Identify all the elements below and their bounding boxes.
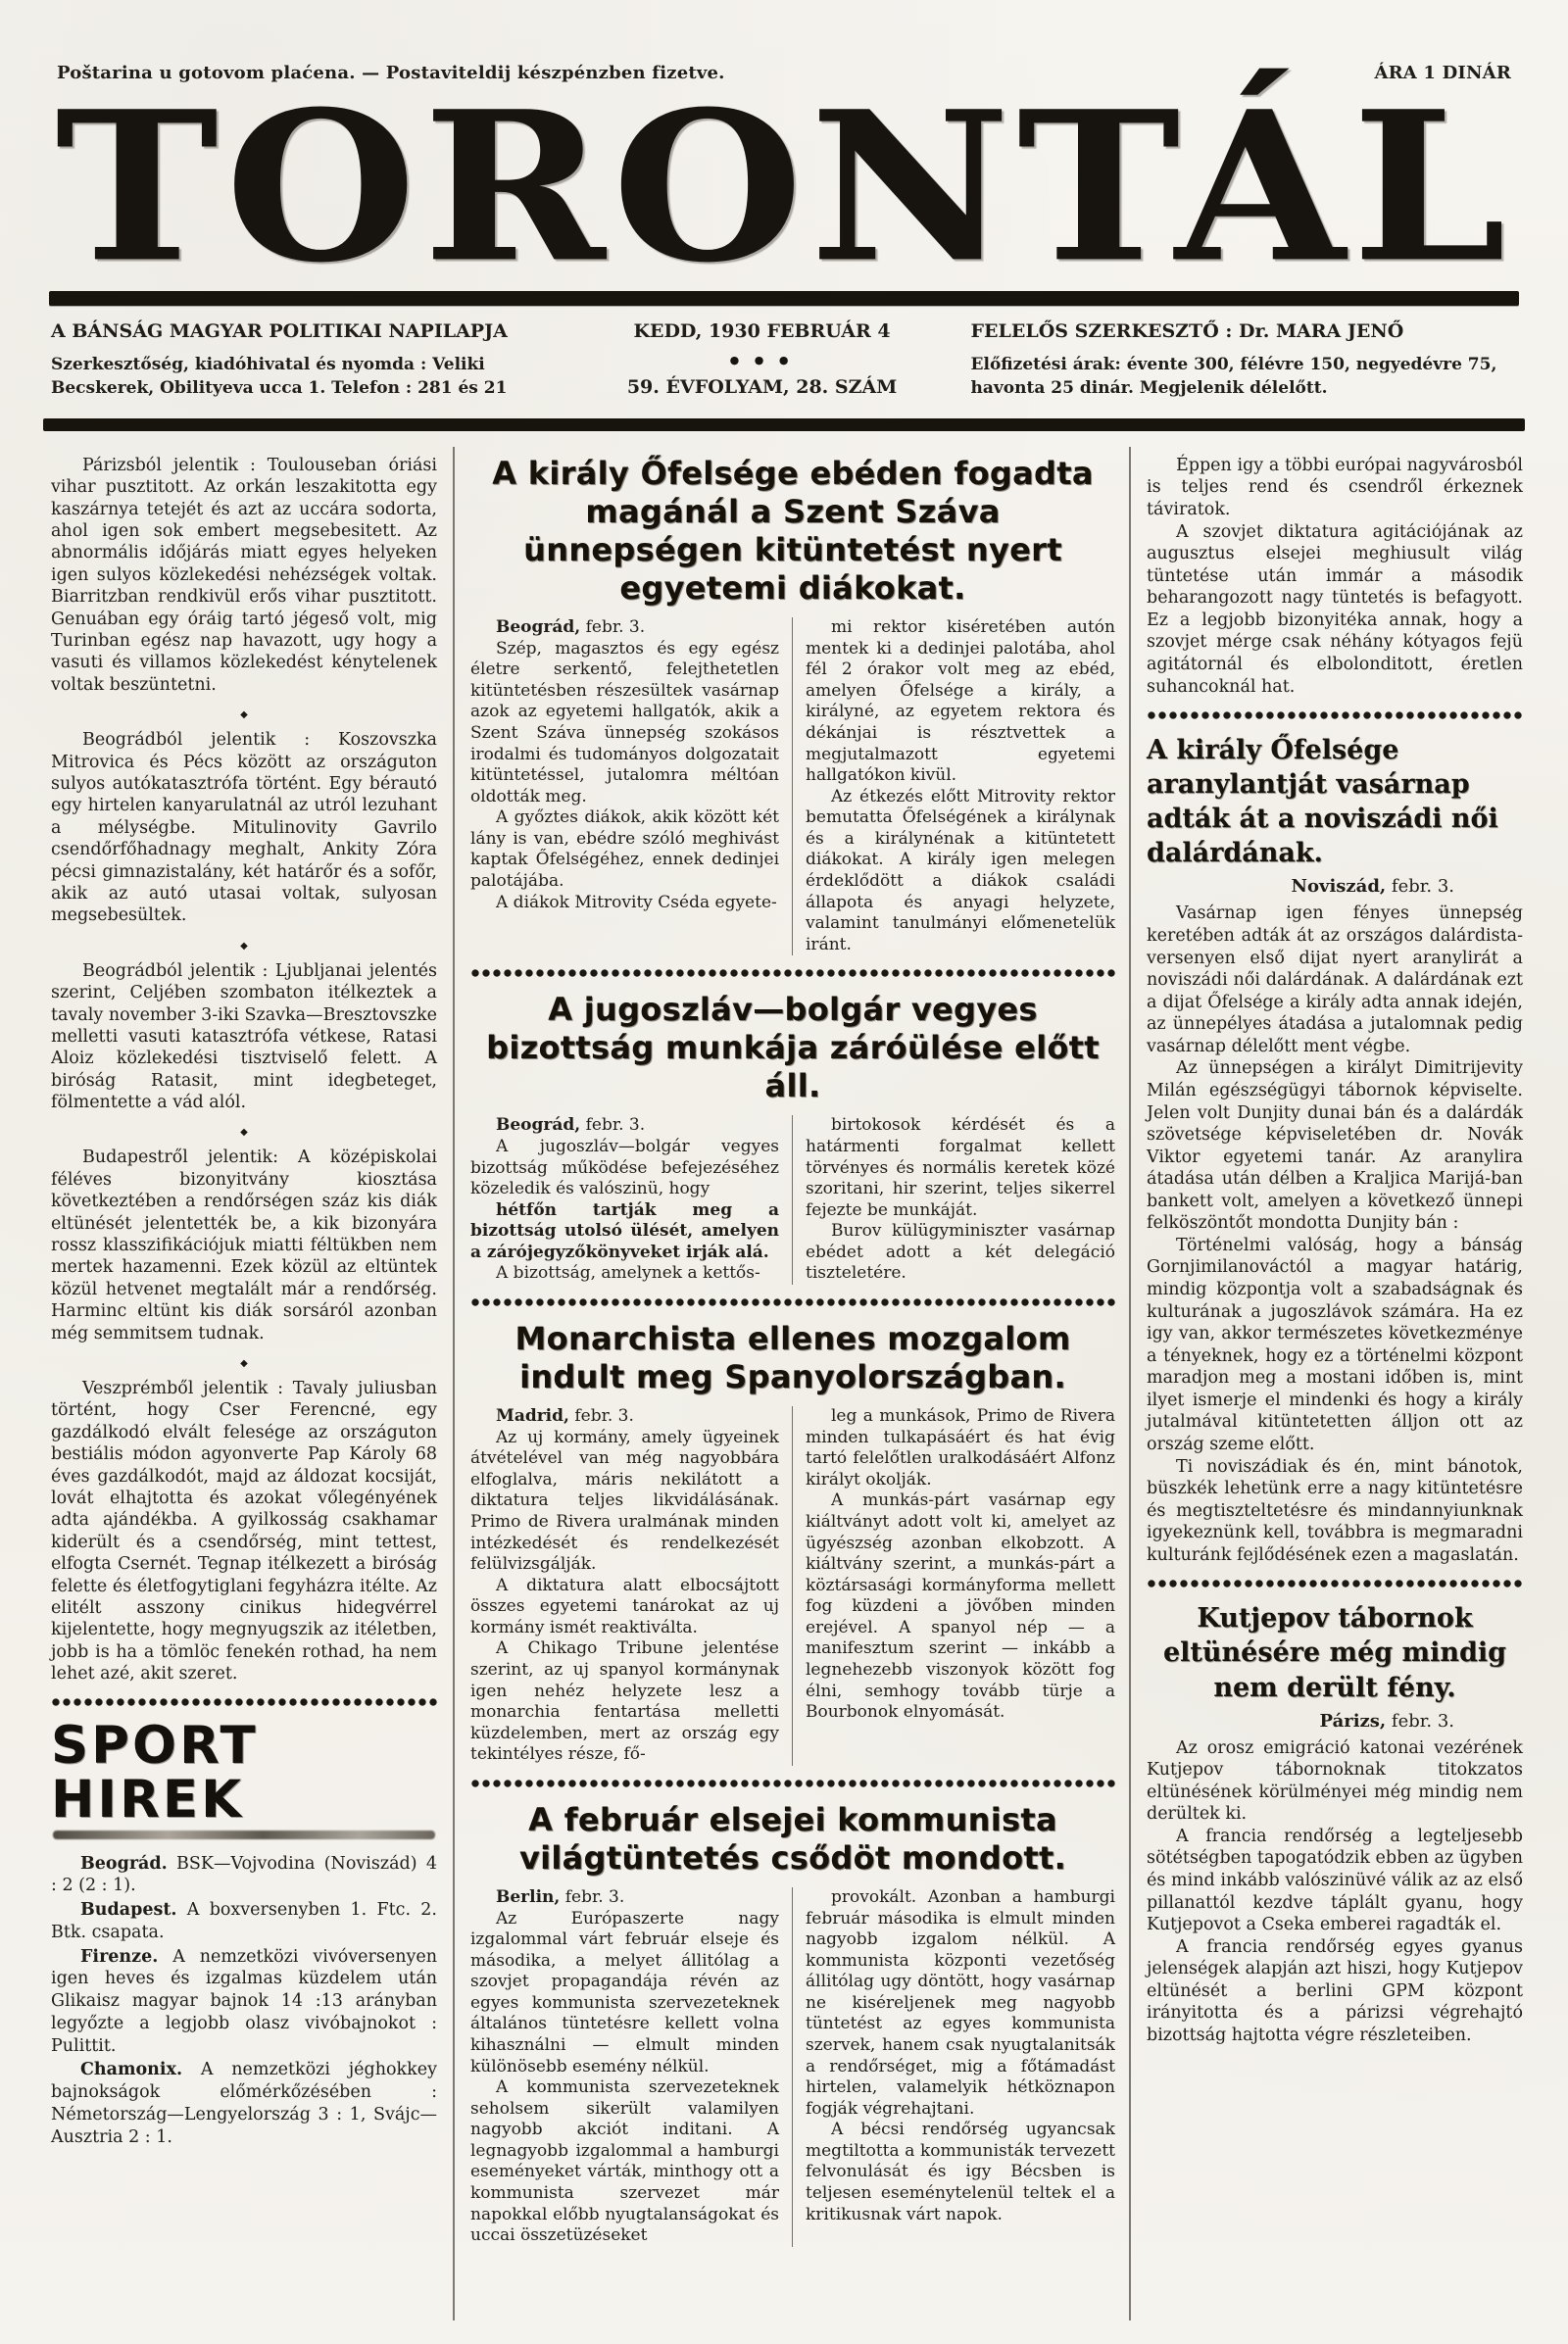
left-column: Párizsból jelentik : Toulouseban óriási …: [43, 447, 455, 2320]
star-separator: [51, 705, 437, 720]
article-paragraph: Az Európaszerte nagy izgalommal várt feb…: [470, 1909, 779, 2078]
article-spain-antimonarchist: Monarchista ellenes mozgalom indult meg …: [470, 1320, 1115, 1766]
article-paragraph: A francia rendőrség a legteljesebb sötét…: [1147, 1826, 1523, 1936]
article-paragraph: birtokosok kérdését és a határmenti forg…: [806, 1115, 1115, 1221]
editor-line: FELELŐS SZERKESZTŐ : Dr. MARA JENŐ: [971, 319, 1517, 345]
dateline-date: febr. 3.: [580, 1115, 645, 1135]
article-paragraph: A munkás-párt vasárnap egy kiáltványt ad…: [806, 1490, 1115, 1723]
dateline-city: Beográd,: [496, 1115, 580, 1135]
article-paragraph: Történelmi valóság, hogy a bánság Gornji…: [1147, 1235, 1523, 1456]
right-column: Éppen igy a többi európai nagyvárosból i…: [1131, 447, 1525, 2320]
dateline-date: febr. 3.: [580, 617, 645, 637]
article-headline: Monarchista ellenes mozgalom indult meg …: [474, 1320, 1111, 1396]
news-brief: Veszprémből jelentik : Tavaly juliusban …: [51, 1378, 437, 1685]
article-paragraph: A francia rendőrség egyes gyanus jelensé…: [1147, 1936, 1523, 2047]
article-subcolumn-right: provokált. Azonban a hamburgi február má…: [793, 1887, 1115, 2247]
dateline: Noviszád, febr. 3.: [1147, 876, 1523, 897]
diamond-divider: [470, 968, 1115, 978]
article-paragraph: Vasárnap igen fényes ünnepség keretében …: [1147, 903, 1523, 1057]
sport-item-city: Beográd.: [80, 1854, 168, 1874]
publisher-info: A BÁNSÁG MAGYAR POLITIKAI NAPILAPJA Szer…: [51, 319, 579, 401]
article-body: Madrid, febr. 3. Az uj kormány, amely üg…: [470, 1406, 1115, 1766]
lead-paragraph: Éppen igy a többi európai nagyvárosból i…: [1147, 455, 1523, 521]
header-rule: [43, 418, 1525, 431]
article-yugoslav-bulgarian-committee: A jugoszláv—bolgár vegyes bizottság munk…: [470, 991, 1115, 1285]
star-separator: [51, 936, 437, 952]
dateline-city: Noviszád,: [1292, 876, 1387, 897]
article-kutyepov-disappearance: Kutjepov tábornok eltünésére még mindig …: [1147, 1601, 1523, 2046]
editor-info: FELELŐS SZERKESZTŐ : Dr. MARA JENŐ Előfi…: [946, 319, 1517, 401]
sport-item-city: Firenze.: [80, 1947, 158, 1967]
article-paragraph: Ti noviszádiak és én, mint bánotok, büsz…: [1147, 1456, 1523, 1567]
article-paragraph: Burov külügyminiszter vasárnap ebédet ad…: [806, 1221, 1115, 1285]
dateline: Beográd, febr. 3.: [470, 617, 779, 639]
diamond-divider: [1147, 710, 1523, 720]
article-headline: A király Őfelsége ebéden fogadta magánál…: [474, 455, 1111, 608]
diamond-divider: [1147, 1579, 1523, 1588]
dateline: Beográd, febr. 3.: [470, 1115, 779, 1137]
article-paragraph: Az étkezés előtt Mitrovity rektor bemuta…: [806, 787, 1115, 956]
article-subcolumn-left: Berlin, febr. 3. Az Európaszerte nagy iz…: [470, 1887, 793, 2247]
dateline: Berlin, febr. 3.: [470, 1887, 779, 1909]
issue-date: KEDD, 1930 FEBRUÁR 4: [579, 319, 946, 345]
article-body: Beográd, febr. 3. A jugoszláv—bolgár veg…: [470, 1115, 1115, 1285]
issue-number: 59. ÉVFOLYAM, 28. SZÁM: [579, 375, 946, 401]
sport-section-heading: SPORT HIREK: [51, 1720, 437, 1826]
dateline-date: febr. 3.: [1386, 876, 1454, 897]
article-paragraph: A diktatura alatt elbocsájtott összes eg…: [470, 1576, 779, 1639]
issue-info: KEDD, 1930 FEBRUÁR 4 ● ● ● 59. ÉVFOLYAM,…: [579, 319, 946, 401]
news-brief: Beográdból jelentik : Ljubljanai jelenté…: [51, 960, 437, 1114]
star-separator: [51, 1353, 437, 1369]
article-golden-lyre: A király Őfelsége aranylantját vasárnap …: [1147, 733, 1523, 1566]
sport-item: Budapest. A boxversenyben 1. Ftc. 2. Btk…: [51, 1899, 437, 1944]
article-paragraph: Az ünnepségen a királyt Dimitrijevity Mi…: [1147, 1057, 1523, 1235]
sport-item: Beográd. BSK—Vojvodina (Noviszád) 4 : 2 …: [51, 1853, 437, 1898]
article-paragraph: A bizottság, amelynek a kettős-: [470, 1263, 779, 1285]
star-separator: [51, 1122, 437, 1138]
sport-item: Chamonix. A nemzetközi jéghokkey bajnoks…: [51, 2059, 437, 2148]
article-king-reception: A király Őfelsége ebéden fogadta magánál…: [470, 455, 1115, 955]
article-subcolumn-right: leg a munkások, Primo de Rivera minden t…: [793, 1406, 1115, 1766]
news-brief: Beográdból jelentik : Koszovszka Mitrovi…: [51, 729, 437, 927]
article-subcolumn-left: Madrid, febr. 3. Az uj kormány, amely üg…: [470, 1406, 793, 1766]
article-paragraph: A bécsi rendőrség ugyancsak megtiltotta …: [806, 2120, 1115, 2225]
news-brief: Párizsból jelentik : Toulouseban óriási …: [51, 455, 437, 696]
article-headline: A február elsejei kommunista világtüntet…: [474, 1801, 1111, 1878]
article-subcolumn-right: birtokosok kérdését és a határmenti forg…: [793, 1115, 1115, 1285]
article-subcolumn-left: Beográd, febr. 3. A jugoszláv—bolgár veg…: [470, 1115, 793, 1285]
body-columns: Párizsból jelentik : Toulouseban óriási …: [43, 447, 1525, 2320]
dateline-date: febr. 3.: [569, 1406, 634, 1426]
dateline: Párizs, febr. 3.: [1147, 1711, 1523, 1732]
masthead-title: TORONTÁL: [0, 93, 1568, 282]
dateline: Madrid, febr. 3.: [470, 1406, 779, 1428]
lead-paragraph: A szovjet diktatura agitációjának az aug…: [1147, 521, 1523, 699]
publisher-address: Szerkesztőség, kiadóhivatal és nyomda : …: [51, 353, 556, 401]
diamond-divider: [470, 1779, 1115, 1788]
article-paragraph: provokált. Azonban a hamburgi február má…: [806, 1887, 1115, 2120]
dateline-date: febr. 3.: [560, 1887, 624, 1907]
article-paragraph: A diákok Mitrovity Cséda egyete-: [470, 893, 779, 914]
article-body: Beográd, febr. 3. Szép, magasztos és egy…: [470, 617, 1115, 955]
sport-heading-underline: [53, 1831, 435, 1839]
diamond-divider: [51, 1697, 437, 1707]
article-subcolumn-left: Beográd, febr. 3. Szép, magasztos és egy…: [470, 617, 793, 955]
sport-item-city: Chamonix.: [80, 2060, 182, 2079]
news-brief: Budapestről jelentik: A középiskolai fél…: [51, 1147, 437, 1344]
article-paragraph: leg a munkások, Primo de Rivera minden t…: [806, 1406, 1115, 1490]
ornament-dots: ● ● ●: [579, 354, 946, 366]
article-paragraph: A győztes diákok, akik között két lány i…: [470, 807, 779, 892]
article-body: Berlin, febr. 3. Az Európaszerte nagy iz…: [470, 1887, 1115, 2247]
article-headline: A jugoszláv—bolgár vegyes bizottság munk…: [474, 991, 1111, 1105]
article-headline: A király Őfelsége aranylantját vasárnap …: [1147, 733, 1523, 870]
article-headline: Kutjepov tábornok eltünésére még mindig …: [1147, 1601, 1523, 1704]
article-paragraph: Az uj kormány, amely ügyeinek átvételéve…: [470, 1428, 779, 1576]
article-paragraph-bold: hétfőn tartják meg a bizottság utolsó ül…: [470, 1200, 779, 1264]
dateline-city: Madrid,: [496, 1406, 569, 1426]
article-paragraph: mi rektor kiséretében autón mentek ki a …: [806, 617, 1115, 787]
middle-column: A király Őfelsége ebéden fogadta magánál…: [455, 447, 1131, 2320]
article-paragraph: A Chikago Tribune jelentése szerint, az …: [470, 1638, 779, 1765]
newspaper-page: Poštarina u gotovom plaćena. — Postavite…: [0, 0, 1568, 2344]
sport-item-city: Budapest.: [80, 1900, 177, 1920]
dateline-city: Beográd,: [496, 617, 580, 637]
article-paragraph: Szép, magasztos és egy egész életre serk…: [470, 639, 779, 808]
article-paragraph: A kommunista szervezeteknek seholsem sik…: [470, 2077, 779, 2247]
publication-info-row: A BÁNSÁG MAGYAR POLITIKAI NAPILAPJA Szer…: [43, 306, 1525, 409]
subscription-line: Előfizetési árak: évente 300, félévre 15…: [971, 353, 1517, 401]
sport-item: Firenze. A nemzetközi vivóversenyen igen…: [51, 1946, 437, 2058]
article-paragraph: Az orosz emigráció katonai vezérének Kut…: [1147, 1737, 1523, 1826]
dateline-city: Berlin,: [496, 1887, 560, 1907]
paper-subtitle: A BÁNSÁG MAGYAR POLITIKAI NAPILAPJA: [51, 319, 556, 345]
dateline-date: febr. 3.: [1386, 1711, 1454, 1732]
article-subcolumn-right: mi rektor kiséretében autón mentek ki a …: [793, 617, 1115, 955]
dateline-city: Párizs,: [1320, 1711, 1387, 1732]
article-communist-demonstration: A február elsejei kommunista világtüntet…: [470, 1801, 1115, 2247]
article-paragraph: A jugoszláv—bolgár vegyes bizottság műkö…: [470, 1137, 779, 1200]
diamond-divider: [470, 1297, 1115, 1307]
